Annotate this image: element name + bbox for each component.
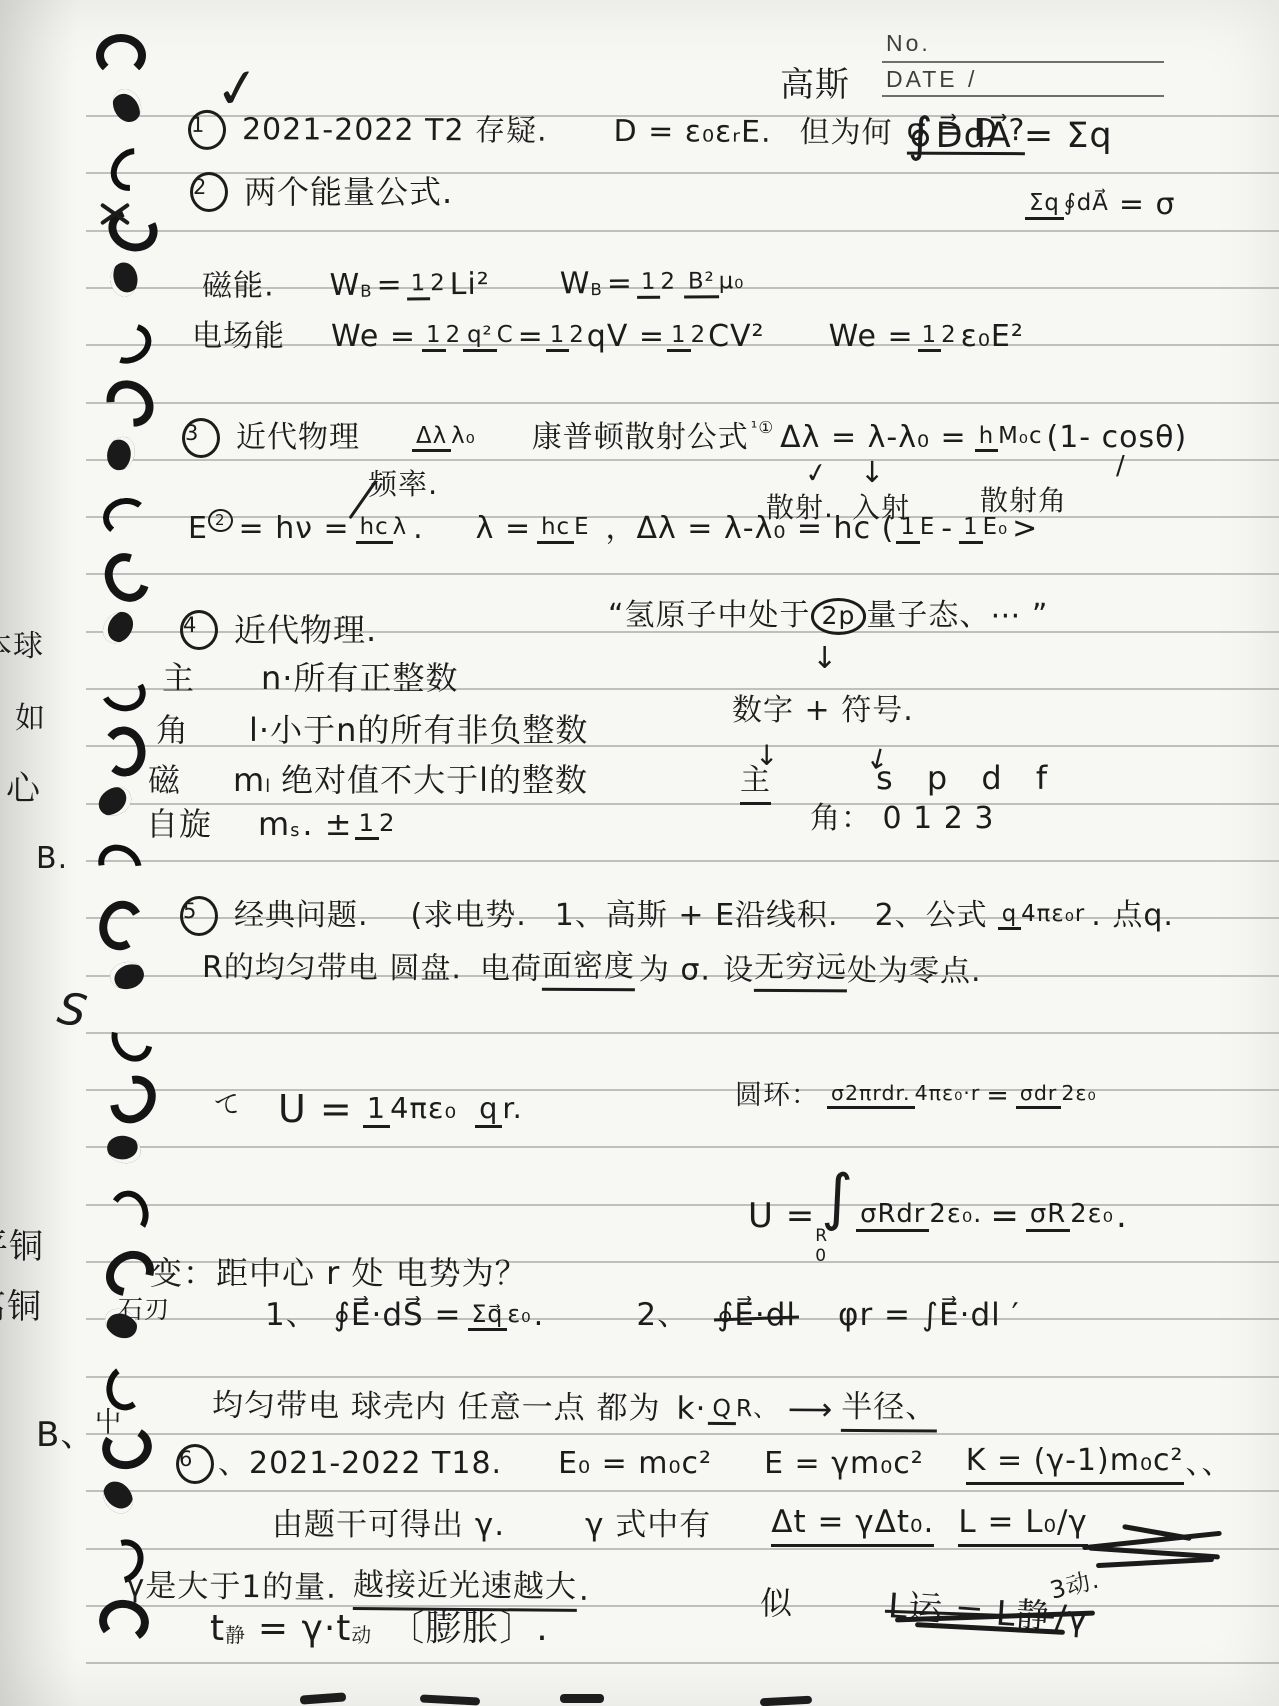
cutoff-ink <box>760 1696 812 1706</box>
tick-angle: ∕ <box>1116 452 1126 482</box>
binder-hole <box>103 1010 160 1070</box>
ruled-line <box>86 1662 1279 1664</box>
binder-hole <box>103 433 140 474</box>
no-underline <box>882 61 1164 63</box>
electric-energy-line: 电场能We =12q²C=12qV =12CV²We =12ε₀E² <box>192 320 1024 355</box>
compton-line: 3近代物理Δλλ₀康普顿散射公式¹①Δλ = λ-λ₀ =hM₀c(1- cos… <box>182 418 1187 458</box>
binder-hole <box>97 371 163 436</box>
magnetic-qn-line: 磁ml绝对值不大于l的整数 <box>148 762 588 799</box>
cutoff-ink <box>300 1692 347 1704</box>
date-slash: / <box>968 66 977 93</box>
margin-fragment: 心 <box>6 770 41 809</box>
principal-qn-line: 主n·所有正整数 <box>162 660 458 697</box>
potential-formula: U =14πε₀qr. <box>278 1088 523 1132</box>
binder-hole <box>100 316 158 371</box>
digit-symbol-label: 数字 + 符号. <box>732 694 914 729</box>
ruled-line <box>86 1490 1279 1492</box>
tick-scattered: ✓ <box>802 456 831 491</box>
gauss-label: 高斯 <box>780 66 850 105</box>
ruled-line <box>86 1433 1279 1435</box>
binder-hole <box>90 836 150 895</box>
frequency-label: 频率. <box>368 468 438 501</box>
notebook-page-photo: No. DATE / ✓ 高斯 12021-2022 T2 存疑.D = ε₀ε… <box>0 0 1279 1706</box>
binder-hole <box>96 545 157 609</box>
binder-hole <box>106 1187 152 1239</box>
scribble-crossout <box>1082 1528 1232 1574</box>
te-mark: て <box>212 1090 245 1125</box>
ruled-line <box>86 573 1279 575</box>
variant-question-line: 变：距中心 r 处 电势为？ <box>150 1255 528 1292</box>
binder-hole <box>94 896 148 955</box>
scribble-overwrite <box>885 1600 1120 1644</box>
binder-hole <box>108 960 145 991</box>
gamma-property-line: γ是大于1的量.越接近光速越大. <box>126 1566 590 1612</box>
spin-qn-line: 自旋ms. ±12 <box>146 806 395 843</box>
relativity-energy-line: 6、2021-2022 T18.E₀ = m₀c²E = γm₀c²K = (γ… <box>176 1444 1233 1485</box>
margin-fragment: B. <box>36 842 68 877</box>
photon-energy-line: E2= hν =hcλ.λ =hcE，Δλ = λ-λ₀ = hc (1E-1E… <box>188 512 1038 547</box>
margin-fragment: B、 <box>36 1416 95 1455</box>
cutoff-ink <box>560 1694 604 1703</box>
gamma-relations-line: 由题干可得出 γ.γ 式中有Δt = γΔt₀.L = L₀/γ <box>272 1505 1088 1547</box>
jiao-0123-label: 角： 0 1 2 3 <box>810 802 995 837</box>
margin-fragment: S <box>54 984 91 1039</box>
binder-hole <box>97 1476 139 1519</box>
margin-fragment: 离铜 <box>0 1288 42 1327</box>
ruled-line <box>86 1032 1279 1034</box>
binder-hole <box>97 606 140 649</box>
margin-fragment: ，如 <box>0 702 46 737</box>
binder-hole <box>102 139 162 199</box>
zhu-annotation: 主 <box>740 764 771 805</box>
binder-hole <box>108 85 146 127</box>
shell-potential-line: 均匀带电 球壳内 任意一点 都为k·QR、⟶半径、 <box>212 1385 938 1432</box>
charged-disk-line: R的均匀带电 圆盘.电荷面密度为 σ.设无穷远处为零点. <box>202 948 982 993</box>
date-label: DATE <box>886 66 958 93</box>
ruled-line <box>86 860 1279 862</box>
binder-hole <box>104 1133 143 1167</box>
gauss-flux-formula: ∮D⃗dA⃗ = Σq <box>908 112 1113 159</box>
cutoff-ink <box>420 1694 480 1705</box>
margin-fragment: 屮 <box>94 1406 123 1438</box>
integral-formula: U =∫R0σRdr2ε₀.=σR2ε₀. <box>748 1170 1128 1263</box>
ruled-line <box>86 230 1279 232</box>
ruled-line <box>86 1146 1279 1148</box>
classic-problem-line: 5经典问题.(求电势.1、高斯 + E沿线积.2、公式q4πε₀r. 点q. <box>180 896 1174 936</box>
binder-hole <box>110 262 138 297</box>
binder-hole <box>100 724 148 778</box>
magnetic-energy-line: 磁能.WB=12Li²WB=12B²μ₀ <box>202 266 745 304</box>
ruled-line <box>86 459 1279 461</box>
gauss-vs-integral-line: 1、∮E⃗·dS⃗ =Σq⃗ε₀.2、∮E⃗·dlφr = ∫E⃗·dl ′ <box>265 1298 1020 1334</box>
si-mark: 似 <box>760 1585 793 1622</box>
ruled-line <box>86 1376 1279 1378</box>
ring-formula: 圆环：σ2πrdr.4πε₀·r=σdr2ε₀ <box>735 1080 1097 1111</box>
angular-qn-line: 角l·小于n的所有非负整数 <box>156 712 588 749</box>
no-label: No. <box>886 30 931 57</box>
binder-hole <box>101 1067 165 1133</box>
binder-hole <box>94 781 137 821</box>
binder-hole <box>102 496 151 538</box>
time-dilation-line: t静= γ·t动〔膨胀〕. <box>210 1608 549 1649</box>
binder-hole <box>96 34 146 77</box>
arrow-incident: ↓ <box>860 456 885 489</box>
margin-fragment: 本球 <box>0 630 44 665</box>
modern-physics-line: 4近代物理. <box>180 610 377 650</box>
margin-fragment: 平铜 <box>0 1228 44 1267</box>
margin-fragment: 石刃 <box>118 1296 170 1325</box>
arrow-quantum: ↓ <box>812 642 838 677</box>
hydrogen-quote: “氢原子中处于2p量子态、⋯ ” <box>608 598 1048 635</box>
note-line-1: 12021-2022 T2 存疑.D = ε₀εᵣE.但为何σ = D ? <box>188 110 1026 155</box>
sigma-fraction: Σq∮dA⃗= σ <box>1025 188 1176 223</box>
spdf-label: s p d f <box>876 760 1059 797</box>
ruled-line <box>86 1089 1279 1091</box>
date-underline <box>882 95 1164 97</box>
note-line-2: 2两个能量公式. <box>190 172 453 212</box>
ruled-line <box>86 402 1279 404</box>
binder-hole <box>95 666 150 717</box>
